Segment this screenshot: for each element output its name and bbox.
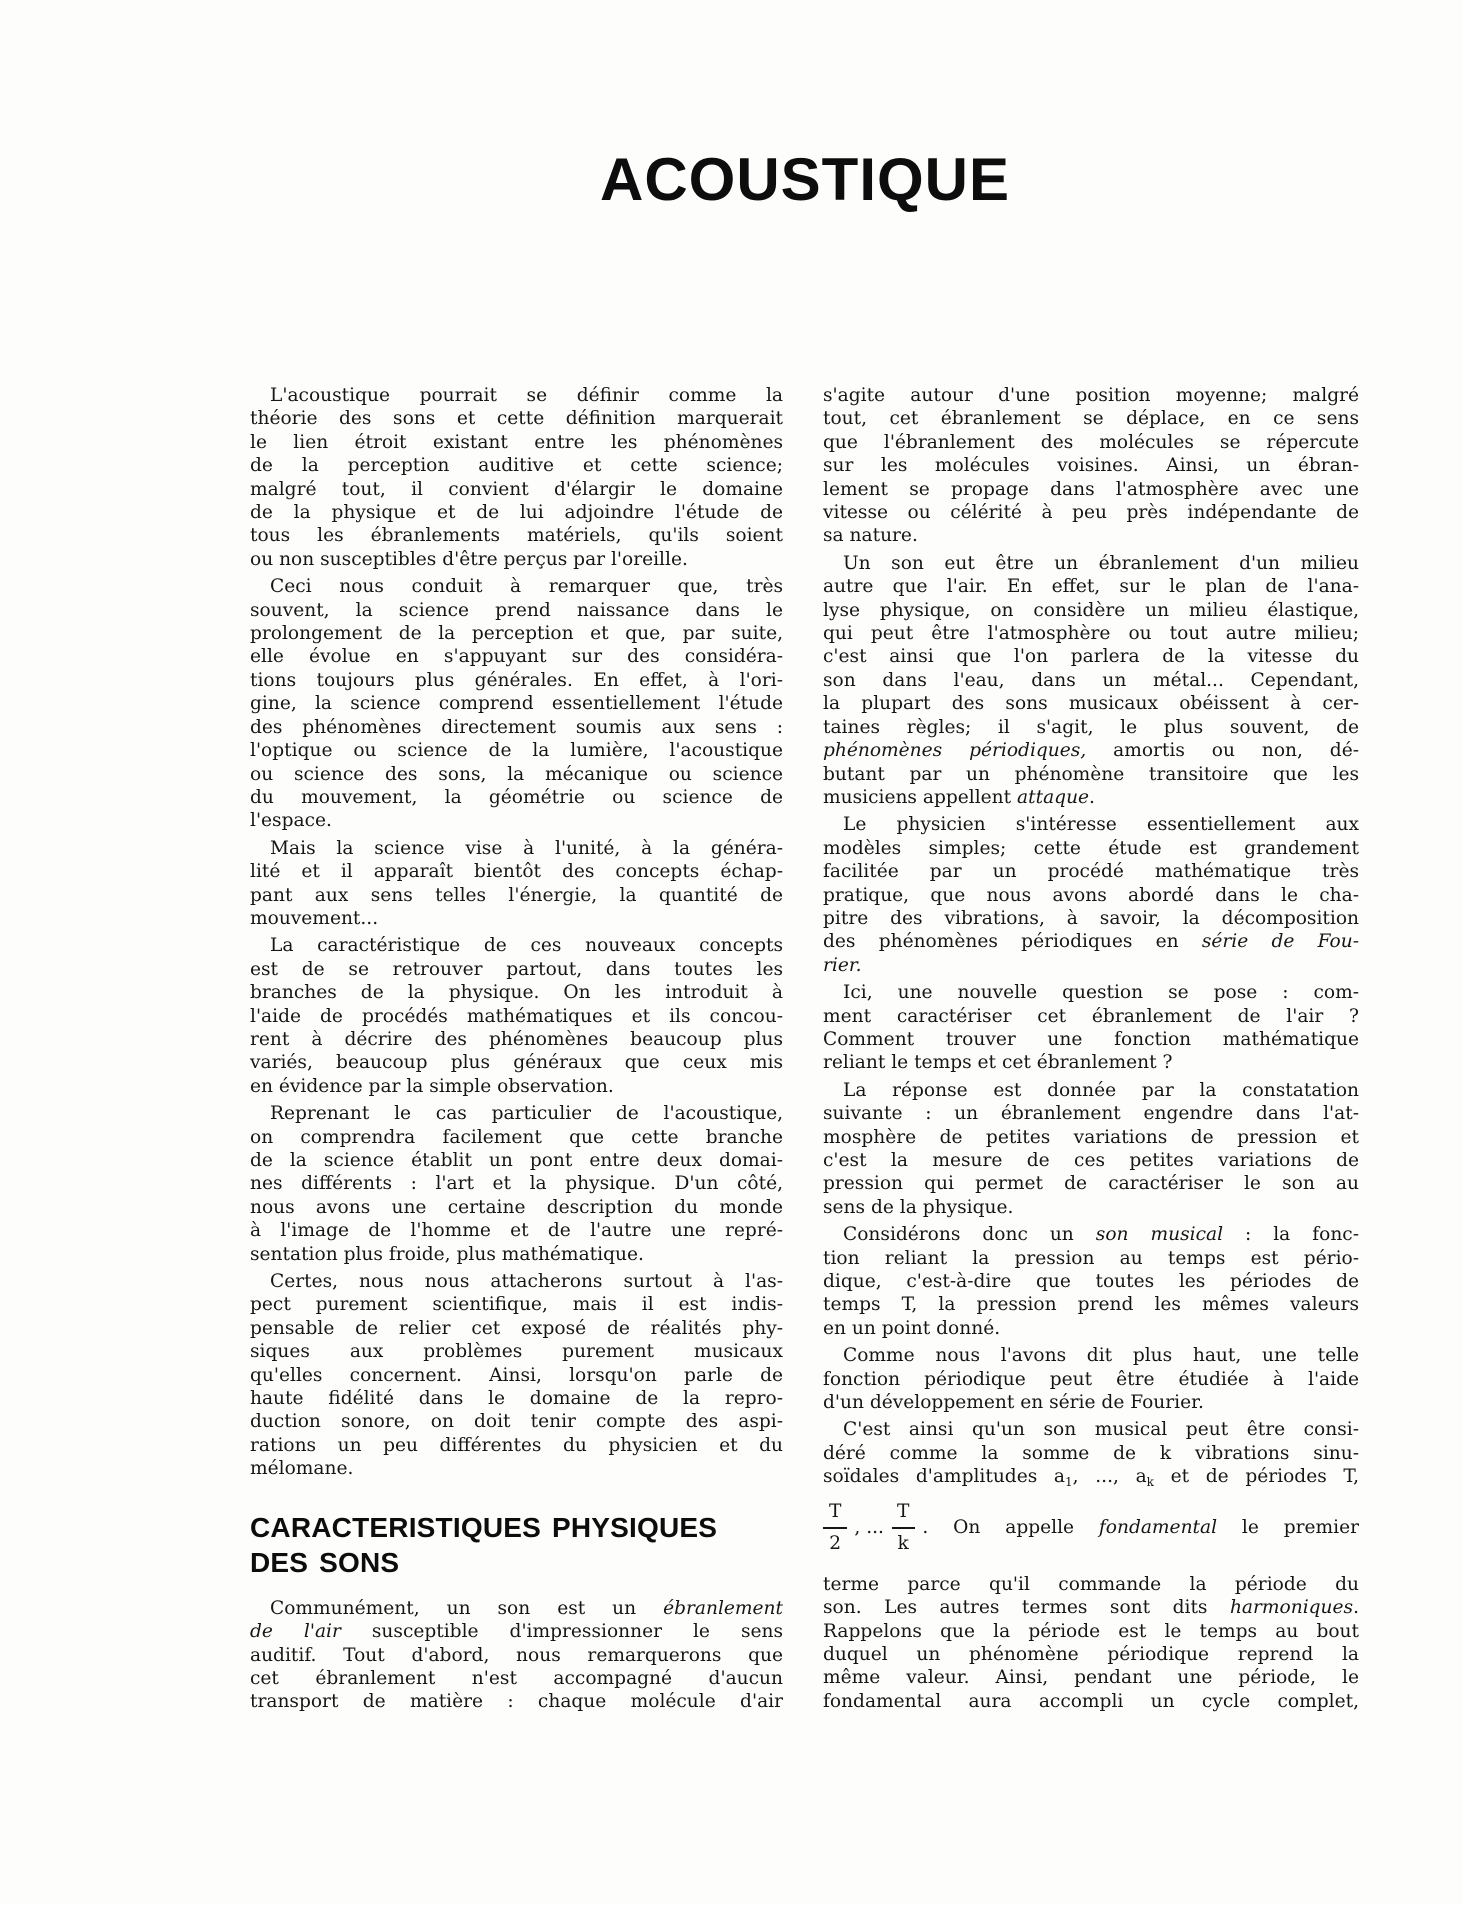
text-line: Rappelons que la période est le temps au… — [823, 1620, 1359, 1643]
text-line: pratique, que nous avons abordé dans le … — [823, 884, 1359, 907]
text-line: transport de matière : chaque molécule d… — [250, 1690, 783, 1713]
text-line: pant aux sens telles l'énergie, la quant… — [250, 884, 783, 907]
formula-text: , ... — [854, 1516, 884, 1539]
text-line: La caractéristique de ces nouveaux conce… — [250, 934, 783, 957]
text-line: en un point donné. — [823, 1317, 1359, 1340]
text-line: d'un développement en série de Fourier. — [823, 1391, 1359, 1414]
text-line: on comprendra facilement que cette branc… — [250, 1126, 783, 1149]
text-line: de l'air susceptible d'impressionner le … — [250, 1620, 783, 1643]
paragraph: Mais la science vise à l'unité, à la gén… — [250, 837, 783, 931]
italic-text: fondamental — [1099, 1517, 1217, 1538]
text-line: autre que l'air. En effet, sur le plan d… — [823, 575, 1359, 598]
text-line: reliant le temps et cet ébranlement ? — [823, 1051, 1359, 1074]
text-line: lement se propage dans l'atmosphère avec… — [823, 478, 1359, 501]
text-line: qui peut être l'atmosphère ou tout autre… — [823, 622, 1359, 645]
italic-text: ébranlement — [663, 1598, 783, 1619]
italic-text: harmoniques — [1230, 1597, 1353, 1618]
paragraph: Reprenant le cas particulier de l'acoust… — [250, 1102, 783, 1266]
text-line: taines règles; il s'agit, le plus souven… — [823, 716, 1359, 739]
text-line: même valeur. Ainsi, pendant une période,… — [823, 1666, 1359, 1689]
text-line: mouvement... — [250, 907, 783, 930]
text-line: le lien étroit existant entre les phénom… — [250, 431, 783, 454]
italic-text: son musical — [1096, 1224, 1223, 1245]
document-page: ACOUSTIQUE L'acoustique pourrait se défi… — [0, 0, 1463, 1905]
text-line: pitre des vibrations, à savoir, la décom… — [823, 907, 1359, 930]
subscript-text: 1 — [1065, 1475, 1073, 1489]
text-line: tous les ébranlements matériels, qu'ils … — [250, 524, 783, 547]
text-line: sentation plus froide, plus mathématique… — [250, 1243, 783, 1266]
text-line: rier. — [823, 954, 1359, 977]
paragraph: Ceci nous conduit à remarquer que, trèss… — [250, 575, 783, 832]
text-line: musiciens appellent attaque. — [823, 786, 1359, 809]
text-line: tion reliant la pression au temps est pé… — [823, 1247, 1359, 1270]
text-line: la plupart des sons musicaux obéissent à… — [823, 692, 1359, 715]
paragraph: Considérons donc un son musical : la fon… — [823, 1223, 1359, 1340]
text-line: Reprenant le cas particulier de l'acoust… — [250, 1102, 783, 1125]
paragraph: La caractéristique de ces nouveaux conce… — [250, 934, 783, 1098]
text-line: Ceci nous conduit à remarquer que, très — [250, 575, 783, 598]
text-line: prolongement de la perception et que, pa… — [250, 622, 783, 645]
text-line: ou science des sons, la mécanique ou sci… — [250, 763, 783, 786]
italic-text: de l'air — [250, 1621, 341, 1642]
text-line: soïdales d'amplitudes a1, ..., ak et de … — [823, 1465, 1359, 1488]
text-line: La réponse est donnée par la constatatio… — [823, 1079, 1359, 1102]
paragraph: L'acoustique pourrait se définir comme l… — [250, 384, 783, 571]
text-line: ment caractériser cet ébranlement de l'a… — [823, 1005, 1359, 1028]
fraction: Tk — [891, 1501, 915, 1555]
text-line: déré comme la somme de k vibrations sinu… — [823, 1442, 1359, 1465]
text-line: c'est ainsi que l'on parlera de la vites… — [823, 645, 1359, 668]
text-line: Un son eut être un ébranlement d'un mili… — [823, 552, 1359, 575]
text-line: dique, c'est-à-dire que toutes les pério… — [823, 1270, 1359, 1293]
text-line: auditif. Tout d'abord, nous remarquerons… — [250, 1644, 783, 1667]
text-line: à l'image de l'homme et de l'autre une r… — [250, 1219, 783, 1242]
fraction: T2 — [823, 1501, 847, 1555]
text-line: pect purement scientifique, mais il est … — [250, 1293, 783, 1316]
paragraph: Un son eut être un ébranlement d'un mili… — [823, 552, 1359, 809]
text-line: gine, la science comprend essentiellemen… — [250, 692, 783, 715]
paragraph: Communément, un son est un ébranlementde… — [250, 1597, 783, 1714]
text-line: fondamental aura accompli un cycle compl… — [823, 1690, 1359, 1713]
italic-text: phénomènes périodiques, — [823, 740, 1086, 761]
text-line: Communément, un son est un ébranlement — [250, 1597, 783, 1620]
text-line: pression qui permet de caractériser le s… — [823, 1172, 1359, 1195]
text-line: duction sonore, on doit tenir compte des… — [250, 1410, 783, 1433]
paragraph: terme parce qu'il commande la période du… — [823, 1573, 1359, 1713]
text-line: tions toujours plus générales. En effet,… — [250, 669, 783, 692]
text-line: du mouvement, la géométrie ou science de — [250, 786, 783, 809]
text-line: qu'elles concernent. Ainsi, lorsqu'on pa… — [250, 1364, 783, 1387]
text-line: sa nature. — [823, 524, 1359, 547]
fraction-numerator: T — [823, 1501, 847, 1527]
text-line: est de se retrouver partout, dans toutes… — [250, 958, 783, 981]
paragraph: Certes, nous nous attacherons surtout à … — [250, 1270, 783, 1481]
text-line: elle évolue en s'appuyant sur des consid… — [250, 645, 783, 668]
italic-text: rier. — [823, 955, 862, 976]
text-line: rent à décrire des phénomènes beaucoup p… — [250, 1028, 783, 1051]
text-line: lyse physique, on considère un milieu él… — [823, 599, 1359, 622]
paragraph: C'est ainsi qu'un son musical peut être … — [823, 1418, 1359, 1488]
text-line: nous avons une certaine description du m… — [250, 1196, 783, 1219]
text-line: l'espace. — [250, 809, 783, 832]
paragraph: Ici, une nouvelle question se pose : com… — [823, 981, 1359, 1075]
fraction-numerator: T — [891, 1501, 915, 1527]
text-line: Certes, nous nous attacherons surtout à … — [250, 1270, 783, 1293]
text-line: sur les molécules voisines. Ainsi, un éb… — [823, 454, 1359, 477]
section-heading-line: DES SONS — [250, 1545, 783, 1580]
text-line: phénomènes périodiques, amortis ou non, … — [823, 739, 1359, 762]
text-line: souvent, la science prend naissance dans… — [250, 599, 783, 622]
column-left: L'acoustique pourrait se définir comme l… — [250, 384, 783, 1714]
formula-trailing-text: . On appelle fondamental le premier — [922, 1516, 1359, 1539]
text-line: Ici, une nouvelle question se pose : com… — [823, 981, 1359, 1004]
text-line: C'est ainsi qu'un son musical peut être … — [823, 1418, 1359, 1441]
text-line: théorie des sons et cette définition mar… — [250, 407, 783, 430]
text-line: de la science établit un pont entre deux… — [250, 1149, 783, 1172]
text-line: terme parce qu'il commande la période du — [823, 1573, 1359, 1596]
text-line: c'est la mesure de ces petites variation… — [823, 1149, 1359, 1172]
text-line: vitesse ou célérité à peu près indépenda… — [823, 501, 1359, 524]
text-line: mélomane. — [250, 1457, 783, 1480]
section-heading-line: CARACTERISTIQUES PHYSIQUES — [250, 1510, 783, 1545]
paragraph: Comme nous l'avons dit plus haut, une te… — [823, 1344, 1359, 1414]
text-line: sens de la physique. — [823, 1196, 1359, 1219]
fraction-denominator: k — [892, 1527, 915, 1555]
text-line: en évidence par la simple observation. — [250, 1075, 783, 1098]
text-line: temps T, la pression prend les mêmes val… — [823, 1293, 1359, 1316]
text-line: duquel un phénomène périodique reprend l… — [823, 1643, 1359, 1666]
text-line: des phénomènes périodiques en série de F… — [823, 930, 1359, 953]
text-line: son dans l'eau, dans un métal... Cependa… — [823, 669, 1359, 692]
text-line: butant par un phénomène transitoire que … — [823, 763, 1359, 786]
text-line: que l'ébranlement des molécules se réper… — [823, 431, 1359, 454]
text-line: haute fidélité dans le domaine de la rep… — [250, 1387, 783, 1410]
text-line: modèles simples; cette étude est grandem… — [823, 837, 1359, 860]
subscript-text: k — [1147, 1475, 1154, 1489]
fraction-denominator: 2 — [823, 1527, 847, 1555]
text-line: Mais la science vise à l'unité, à la gén… — [250, 837, 783, 860]
text-line: Considérons donc un son musical : la fon… — [823, 1223, 1359, 1246]
fourier-periods-formula: T2, ...Tk. On appelle fondamental le pre… — [823, 1501, 1359, 1555]
text-line: malgré tout, il convient d'élargir le do… — [250, 478, 783, 501]
text-line: nes différents : l'art et la physique. D… — [250, 1172, 783, 1195]
text-line: Comment trouver une fonction mathématiqu… — [823, 1028, 1359, 1051]
italic-text: série de Fou- — [1202, 931, 1359, 952]
text-line: cet ébranlement n'est accompagné d'aucun — [250, 1667, 783, 1690]
text-line: variés, beaucoup plus généraux que ceux … — [250, 1051, 783, 1074]
text-line: mosphère de petites variations de pressi… — [823, 1126, 1359, 1149]
text-line: L'acoustique pourrait se définir comme l… — [250, 384, 783, 407]
text-line: tout, cet ébranlement se déplace, en ce … — [823, 407, 1359, 430]
italic-text: attaque — [1017, 787, 1089, 808]
text-line: branches de la physique. On les introdui… — [250, 981, 783, 1004]
text-line: l'optique ou science de la lumière, l'ac… — [250, 739, 783, 762]
column-right: s'agite autour d'une position moyenne; m… — [823, 384, 1359, 1713]
text-line: de la perception auditive et cette scien… — [250, 454, 783, 477]
text-line: suivante : un ébranlement engendre dans … — [823, 1102, 1359, 1125]
paragraph: s'agite autour d'une position moyenne; m… — [823, 384, 1359, 548]
paragraph: La réponse est donnée par la constatatio… — [823, 1079, 1359, 1219]
text-line: lité et il apparaît bientôt des concepts… — [250, 860, 783, 883]
text-line: fonction périodique peut être étudiée à … — [823, 1368, 1359, 1391]
paragraph: Le physicien s'intéresse essentiellement… — [823, 813, 1359, 977]
text-line: des phénomènes directement soumis aux se… — [250, 716, 783, 739]
text-line: Le physicien s'intéresse essentiellement… — [823, 813, 1359, 836]
text-line: son. Les autres termes sont dits harmoni… — [823, 1596, 1359, 1619]
text-line: l'aide de procédés mathématiques et ils … — [250, 1005, 783, 1028]
text-line: rations un peu différentes du physicien … — [250, 1434, 783, 1457]
text-line: Comme nous l'avons dit plus haut, une te… — [823, 1344, 1359, 1367]
text-line: siques aux problèmes purement musicaux — [250, 1340, 783, 1363]
page-title: ACOUSTIQUE — [250, 150, 1360, 210]
text-line: de la physique et de lui adjoindre l'étu… — [250, 501, 783, 524]
text-line: pensable de relier cet exposé de réalité… — [250, 1317, 783, 1340]
text-line: s'agite autour d'une position moyenne; m… — [823, 384, 1359, 407]
section-heading: CARACTERISTIQUES PHYSIQUESDES SONS — [250, 1510, 783, 1580]
text-line: ou non susceptibles d'être perçus par l'… — [250, 548, 783, 571]
text-line: facilitée par un procédé mathématique tr… — [823, 860, 1359, 883]
